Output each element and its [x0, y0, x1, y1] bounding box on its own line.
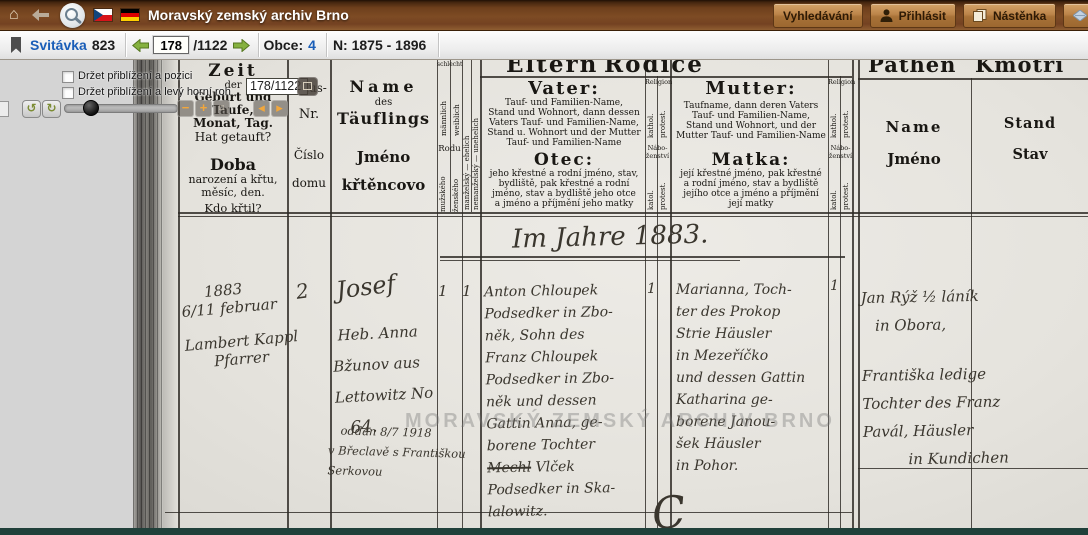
religion-katol: katol. — [830, 166, 838, 210]
rotate-left-button[interactable]: ↺ — [22, 100, 41, 118]
mutter-line: Taufname, dann deren Vaters — [676, 101, 826, 111]
back-arrow-icon — [32, 9, 49, 21]
godparent-line: in Kundichen — [863, 442, 1088, 474]
godparent-line: Pavál, Häusler — [863, 414, 1088, 446]
column-header-haus: Haus- Nr. Číslo domu — [289, 82, 329, 190]
prev-page-button[interactable] — [132, 39, 149, 52]
mutter-line: Tauf- und Familien-Name, — [676, 111, 826, 121]
godparent-line: Jan Rýž ½ láník — [860, 280, 1085, 312]
noticeboard-nav-label: Nástěnka — [993, 9, 1046, 23]
book-link[interactable]: Svitávka — [30, 37, 87, 53]
page-number-input[interactable] — [153, 36, 189, 54]
application-window: ⌂ Moravský zemský archiv Brno Vyhledáván… — [0, 0, 1088, 535]
father-line: borene Tochter — [487, 433, 645, 458]
mother-line: Marianna, Toch- — [676, 279, 826, 301]
name-line: Name — [332, 78, 435, 96]
entry-father-block: Anton Chloupek Podsedker in Zbo- něk, So… — [484, 279, 646, 524]
search-nav-button[interactable]: Vyhledávání — [773, 3, 863, 28]
toolbar-separator — [438, 33, 439, 57]
pathen-name-cs: Jméno — [878, 150, 950, 168]
zeit-cs-title: Doba — [180, 156, 286, 174]
religion-header: Religion — [645, 78, 670, 86]
vater-line: Stand u. Wohnort und der Mutter — [484, 128, 644, 138]
mother-line: Katharina ge- — [676, 389, 826, 411]
matka-title: Matka: — [676, 151, 826, 169]
next-page-button[interactable] — [233, 39, 250, 52]
mutter-line: Mutter Tauf- und Familien-Name — [676, 131, 826, 141]
otec-line: jméno, stav a bydliště jeho otce — [484, 189, 644, 199]
page-total-label: /1122 — [193, 37, 227, 53]
keep-zoom-position-label[interactable]: Držet přiblížení a pozici — [78, 70, 192, 82]
fullscreen-icon — [303, 82, 312, 90]
section-head-eltern: Eltern — [506, 60, 598, 78]
home-button[interactable]: ⌂ — [9, 7, 19, 23]
keep-zoom-corner-checkbox[interactable] — [62, 87, 74, 99]
religion-kathol: kathol. — [830, 88, 838, 138]
entry-father-religion-tally: 1 — [647, 281, 656, 297]
entry-house-number: 2 — [294, 278, 310, 304]
marriage-line: Serkovou — [327, 460, 462, 484]
religion-kathol: kathol. — [647, 88, 655, 138]
otec-title: Otec: — [484, 151, 644, 169]
entry-mother-religion-tally: 1 — [830, 278, 839, 294]
name-line: Täuflings — [332, 110, 435, 128]
sex-col-maennlich: männlich — [439, 72, 448, 136]
religion-header: Religion — [828, 78, 853, 86]
zeit-cs-line: Kdo křtil? — [180, 201, 286, 215]
book-toolbar: Svitávka 823 /1122 Obce: 4 N: 1875 - 189… — [0, 31, 1088, 60]
column-header-pathen-stand: Stand Stav — [985, 115, 1075, 163]
news-nav-button[interactable]: Aktuality — [1063, 3, 1088, 28]
arrow-left-icon: ◂ — [258, 100, 265, 115]
mother-line: ter des Prokop — [676, 301, 826, 323]
religion-protest-cs: protest. — [659, 166, 667, 210]
note-line: Lettowitz No — [334, 377, 440, 413]
toolbar-separator — [326, 33, 327, 57]
religion-cs2: ženství — [645, 152, 670, 160]
haus-line: domu — [289, 176, 329, 190]
municipalities-count[interactable]: 4 — [308, 37, 316, 53]
mutter-title: Mutter: — [676, 80, 826, 98]
topbar-nav-buttons: Vyhledávání Přihlásit Nástěnka Aktuality — [773, 3, 1088, 28]
father-line-struck: Mechl Vlček — [487, 455, 645, 480]
religion-protest: protest. — [659, 88, 667, 138]
zoom-slider-knob[interactable] — [83, 100, 99, 116]
haus-line: Nr. — [289, 107, 329, 122]
otec-line: jeho křestné a rodní jméno, stav, — [484, 169, 644, 179]
religion-cs1: Nábo- — [828, 144, 853, 152]
next-entry-flourish: C — [649, 486, 688, 528]
zoom-out-button[interactable]: − — [177, 100, 194, 117]
rotate-right-button[interactable]: ↻ — [42, 100, 61, 118]
column-header-mutter: Mutter: Taufname, dann deren Vaters Tauf… — [676, 80, 826, 209]
login-nav-label: Přihlásit — [899, 9, 946, 23]
person-icon — [880, 9, 893, 22]
matka-line: její křestné jméno, pak křestné — [676, 169, 826, 179]
matka-line: jejího otce a jméno a příjmění — [676, 189, 826, 199]
entry-date-block: 1883 6/11 februar Lambert Kappl Pfarrer — [179, 275, 301, 373]
page-fold-edge — [163, 60, 178, 528]
godparent-line: in Obora, — [861, 308, 1086, 340]
rotate-left-icon: ↺ — [26, 101, 36, 115]
year-heading-handwritten: Im Jahre 1883. — [512, 219, 709, 254]
otec-line: a jméno a příjmění jeho matky — [484, 199, 644, 209]
section-head-kmotri: Kmotři — [975, 60, 1064, 77]
bookmark-icon[interactable] — [10, 37, 22, 54]
section-head-pathen: Pathen — [868, 60, 956, 77]
father-line-rest: Vlček — [531, 459, 575, 476]
mother-line: in Mezeříčko — [676, 345, 826, 367]
vater-line: Tauf- und Familien-Name — [484, 138, 644, 148]
toolbar-separator — [258, 33, 259, 57]
rotate-right-icon: ↻ — [46, 101, 56, 115]
pathen-stand-de: Stand — [985, 115, 1075, 132]
vater-title: Vater: — [484, 80, 644, 98]
sex-col-fragment: schlecht — [437, 61, 462, 68]
entry-godparents-block: Jan Rýž ½ láník in Obora, Františka ledi… — [860, 280, 1088, 474]
topbar-icon-group: ⌂ — [0, 0, 139, 30]
father-line: Podsedker in Zbo- — [485, 367, 643, 392]
struck-word: Mechl — [487, 460, 531, 477]
home-icon: ⌂ — [9, 7, 19, 23]
mother-line: in Pohor. — [676, 455, 826, 477]
zeit-cs-line: měsíc, den. — [180, 187, 286, 200]
minus-icon: − — [182, 100, 190, 115]
app-title: Moravský zemský archiv Brno — [148, 7, 349, 23]
religion-katol: katol. — [647, 166, 655, 210]
pan-right-button[interactable]: ▸ — [271, 100, 288, 117]
father-line: lalowitz. — [488, 499, 646, 524]
login-nav-button[interactable]: Přihlásit — [870, 3, 956, 28]
fullscreen-button[interactable] — [297, 77, 318, 96]
top-header-bar: ⌂ Moravský zemský archiv Brno Vyhledáván… — [0, 0, 1088, 31]
sex-col-muzskeho: mužského — [439, 157, 447, 212]
mother-line: Strie Häusler — [676, 323, 826, 345]
otec-line: bydliště, pak křestné a rodní — [484, 179, 644, 189]
archive-logo-magnifier-icon[interactable] — [60, 3, 85, 28]
matka-line: její matky — [676, 199, 826, 209]
search-nav-label: Vyhledávání — [783, 9, 853, 23]
godparent-line: Františka ledige — [862, 358, 1087, 390]
viewer-content-area: Zeit der Geburt und Taufe, Monat, Tag. H… — [0, 60, 1088, 528]
book-number: 823 — [92, 37, 115, 53]
pages-icon — [973, 9, 987, 22]
father-line: Franz Chloupek — [485, 345, 643, 370]
sex-col-rodu: Rodu — [437, 144, 462, 154]
edge-partial-button[interactable] — [0, 101, 9, 117]
haus-line: Číslo — [289, 148, 329, 162]
municipalities-label: Obce: — [263, 37, 303, 53]
sex-col-weiblich: weiblich — [452, 72, 461, 136]
plus-icon: + — [200, 100, 208, 115]
pathen-stand-cs: Stav — [985, 146, 1075, 163]
religion-cs2: ženství — [828, 152, 853, 160]
fit-page-button[interactable]: □ — [213, 100, 230, 117]
father-line: Podsedker in Ska- — [487, 477, 645, 502]
zeit-line: Monat, Tag. — [180, 117, 286, 130]
father-line: Anton Chloupek — [484, 279, 642, 304]
religion-protest-cs: protest. — [842, 166, 850, 210]
entry-mother-block: Marianna, Toch- ter des Prokop Strie Häu… — [676, 279, 826, 477]
german-language-flag[interactable] — [121, 9, 139, 21]
religion-cs1: Nábo- — [645, 144, 670, 152]
bottom-status-bar — [0, 528, 1088, 535]
name-line: Jméno — [332, 148, 435, 166]
religion-protest: protest. — [842, 88, 850, 138]
father-line: něk, Sohn des — [485, 323, 643, 348]
pan-left-button[interactable]: ◂ — [253, 100, 270, 117]
book-gutter-shadow — [133, 60, 163, 528]
document-scan-viewport[interactable]: Zeit der Geburt und Taufe, Monat, Tag. H… — [0, 60, 1088, 528]
name-line: des — [332, 98, 435, 108]
czech-language-flag[interactable] — [94, 9, 112, 21]
archive-watermark: MORAVSKÝ ZEMSKÝ ARCHIV BRNO — [405, 410, 835, 433]
entry-tally-legit: 1 — [462, 282, 472, 300]
father-line: Podsedker in Zbo- — [484, 301, 642, 326]
godparent-line: Tochter des Franz — [862, 386, 1087, 418]
legit-col-ehelich: manželský — ehelich — [463, 68, 471, 210]
mutter-line: Stand und Wohnort, und der — [676, 121, 826, 131]
zeit-cs-line: narození a křtu, — [180, 174, 286, 187]
pathen-name-de: Name — [878, 118, 950, 136]
mother-line: und dessen Gattin — [676, 367, 826, 389]
zoom-slider[interactable] — [64, 104, 178, 113]
matka-line: a rodní jméno, stav a bydliště — [676, 179, 826, 189]
toolbar-separator — [125, 33, 126, 57]
entry-tally-sex: 1 — [438, 282, 448, 300]
mother-line: šek Häusler — [676, 433, 826, 455]
sex-col-zenskeho: ženského — [452, 157, 460, 212]
vater-line: Vaters Tauf- und Familien-Name, — [484, 118, 644, 128]
year-range-label: N: 1875 - 1896 — [333, 37, 426, 53]
fit-icon: □ — [219, 103, 224, 112]
keep-zoom-position-checkbox[interactable] — [62, 71, 74, 83]
vater-line: Stand und Wohnort, dann dessen — [484, 108, 644, 118]
column-header-vater: Vater: Tauf- und Familien-Name, Stand un… — [484, 80, 644, 209]
zoom-in-button[interactable]: + — [195, 100, 212, 117]
back-button[interactable] — [32, 9, 49, 21]
arrow-right-icon: ▸ — [276, 100, 283, 115]
column-header-name: Name des Täuflings Jméno křtěncovo — [332, 78, 435, 194]
legit-col-unehelich: nemanželský — unehelich — [472, 68, 480, 210]
keep-zoom-corner-label[interactable]: Držet přiblížení a levý horní roh — [78, 86, 231, 98]
column-header-pathen-name: Name Jméno — [878, 118, 950, 168]
zeit-line: Hat getauft? — [180, 130, 286, 144]
vater-line: Tauf- und Familien-Name, — [484, 98, 644, 108]
section-head-rodice: Rodiče — [604, 60, 704, 78]
name-line: křtěncovo — [332, 176, 435, 194]
noticeboard-nav-button[interactable]: Nástěnka — [963, 3, 1056, 28]
news-icon — [1073, 10, 1087, 21]
